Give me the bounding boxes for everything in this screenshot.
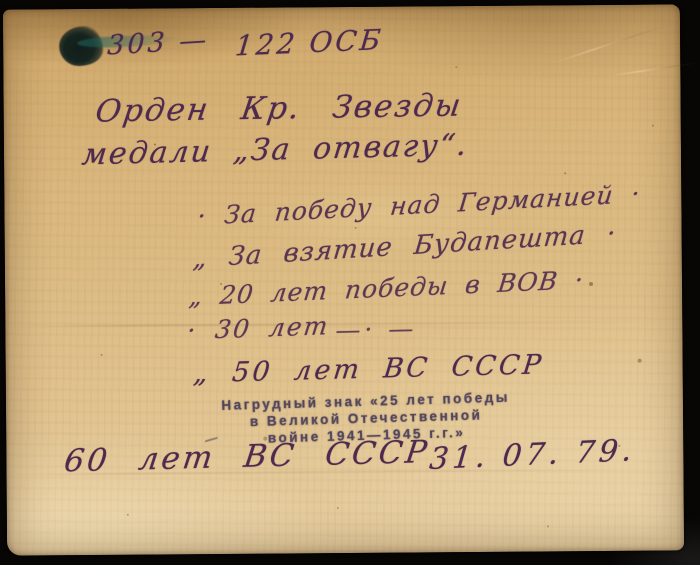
award-line-50-years-armed-forces: „ 50 лет ВС СССР xyxy=(192,351,545,387)
award-line-30-years: · 30 лет xyxy=(186,313,331,343)
paper-speckles xyxy=(3,10,5,12)
registry-number: 303 — xyxy=(107,26,210,59)
footer-60-years-armed-forces: 60 лет ВС СССР xyxy=(62,437,431,477)
record-card-paper: 303 — 122 ОСБ Орден Кр. Звезды медали „З… xyxy=(3,4,684,555)
footer-date: 31. 07. 79. xyxy=(428,436,637,475)
unit-number: 122 ОСБ xyxy=(234,26,385,60)
ditto-dash: —· — xyxy=(335,316,418,343)
award-line-capture-of-budapest: „ За взятие Будапешта · xyxy=(192,221,618,273)
footer-line: 60 лет ВС СССР 31. 07. 79. xyxy=(64,439,626,474)
award-line-order-red-star: Орден Кр. Звезды xyxy=(93,90,464,127)
award-line-medal-za-otvagu: медали „За отвагу“. xyxy=(80,131,470,171)
paper-crease xyxy=(555,24,669,63)
award-line-20-years-victory: „ 20 лет победы в ВОВ · xyxy=(188,267,586,309)
